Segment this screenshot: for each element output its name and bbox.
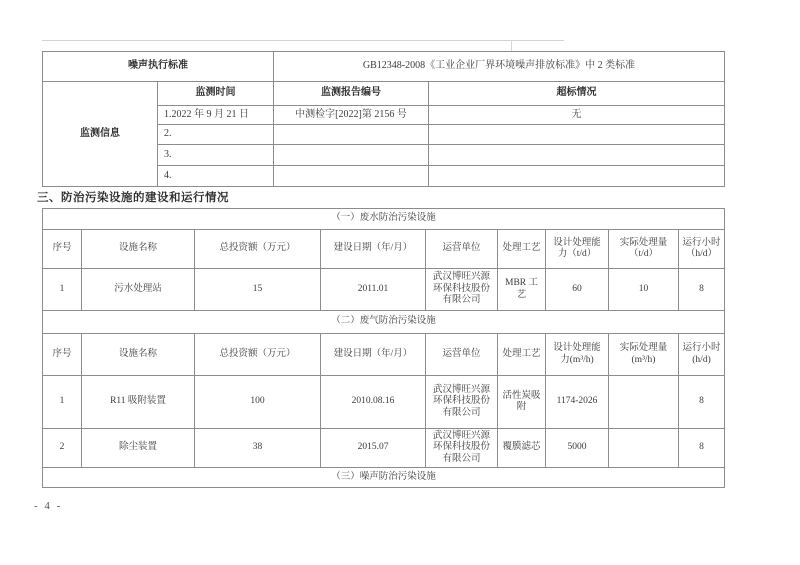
noise-standard-label: 噪声执行标准	[43, 52, 274, 82]
cell-facility-name: R11 吸附装置	[82, 376, 195, 429]
header-seq: 序号	[43, 230, 82, 269]
monitor-time-cell: 2.	[158, 125, 274, 145]
column-header-time: 监测时间	[158, 82, 274, 106]
table-row: 1 污水处理站 15 2011.01 武汉博旺兴源环保科技股份有限公司 MBR …	[43, 269, 725, 311]
cell-investment: 38	[195, 429, 321, 468]
column-header-report-no: 监测报告编号	[274, 82, 429, 106]
cell-build-date: 2015.07	[321, 429, 426, 468]
table-row: 序号 设施名称 总投资额（万元） 建设日期（年/月） 运营单位 处理工艺 设计处…	[43, 230, 725, 269]
cell-actual-amount	[609, 376, 679, 429]
table-row: 噪声执行标准 GB12348-2008《工业企业厂界环境噪声排放标准》中 2 类…	[43, 52, 725, 82]
monitor-time-cell: 3.	[158, 145, 274, 166]
cell-process: 覆膜滤芯	[498, 429, 546, 468]
table-row: 2 除尘装置 38 2015.07 武汉博旺兴源环保科技股份有限公司 覆膜滤芯 …	[43, 429, 725, 468]
header-actual-amount: 实际处理量(m³/h)	[609, 334, 679, 376]
page-number: - 4 -	[34, 500, 62, 512]
cell-process: 活性炭吸附	[498, 376, 546, 429]
scan-artifact-line	[42, 40, 564, 41]
exceed-cell	[429, 125, 725, 145]
cell-process: MBR 工艺	[498, 269, 546, 311]
section-band-noise: （三）噪声防治污染设施	[43, 468, 725, 488]
table-row: （三）噪声防治污染设施	[43, 468, 725, 488]
header-process: 处理工艺	[498, 334, 546, 376]
exceed-cell	[429, 166, 725, 187]
header-facility-name: 设施名称	[82, 334, 195, 376]
cell-build-date: 2010.08.16	[321, 376, 426, 429]
cell-actual-amount: 10	[609, 269, 679, 311]
header-operator: 运营单位	[426, 334, 498, 376]
cell-seq: 1	[43, 269, 82, 311]
table-row: （一）废水防治污染设施	[43, 209, 725, 230]
header-actual-amount: 实际处理量（t/d）	[609, 230, 679, 269]
header-investment: 总投资额（万元）	[195, 334, 321, 376]
cell-investment: 100	[195, 376, 321, 429]
scan-artifact-tick	[511, 40, 512, 51]
exceed-cell	[429, 145, 725, 166]
table-row: 监测信息 监测时间 监测报告编号 超标情况	[43, 82, 725, 106]
section-band-waste-gas: （二）废气防治污染设施	[43, 311, 725, 334]
facilities-table: （一）废水防治污染设施 序号 设施名称 总投资额（万元） 建设日期（年/月） 运…	[42, 208, 725, 488]
column-header-exceed: 超标情况	[429, 82, 725, 106]
header-build-date: 建设日期（年/月）	[321, 334, 426, 376]
cell-facility-name: 除尘装置	[82, 429, 195, 468]
report-no-cell: 中测检字[2022]第 2156 号	[274, 106, 429, 125]
cell-design-capacity: 60	[546, 269, 609, 311]
header-run-hours: 运行小时（h/d）	[679, 230, 725, 269]
header-facility-name: 设施名称	[82, 230, 195, 269]
cell-actual-amount	[609, 429, 679, 468]
cell-operator: 武汉博旺兴源环保科技股份有限公司	[426, 429, 498, 468]
header-design-capacity: 设计处理能力(m³/h)	[546, 334, 609, 376]
report-no-cell	[274, 125, 429, 145]
cell-investment: 15	[195, 269, 321, 311]
monitoring-table: 噪声执行标准 GB12348-2008《工业企业厂界环境噪声排放标准》中 2 类…	[42, 51, 725, 187]
cell-seq: 2	[43, 429, 82, 468]
monitor-time-cell: 1.2022 年 9 月 21 日	[158, 106, 274, 125]
cell-run-hours: 8	[679, 269, 725, 311]
cell-seq: 1	[43, 376, 82, 429]
noise-standard-value: GB12348-2008《工业企业厂界环境噪声排放标准》中 2 类标准	[274, 52, 725, 82]
report-no-cell	[274, 145, 429, 166]
cell-operator: 武汉博旺兴源环保科技股份有限公司	[426, 269, 498, 311]
cell-design-capacity: 1174-2026	[546, 376, 609, 429]
cell-design-capacity: 5000	[546, 429, 609, 468]
report-no-cell	[274, 166, 429, 187]
cell-operator: 武汉博旺兴源环保科技股份有限公司	[426, 376, 498, 429]
header-seq: 序号	[43, 334, 82, 376]
cell-facility-name: 污水处理站	[82, 269, 195, 311]
header-investment: 总投资额（万元）	[195, 230, 321, 269]
section-band-wastewater: （一）废水防治污染设施	[43, 209, 725, 230]
cell-run-hours: 8	[679, 429, 725, 468]
section-heading: 三、防治污染设施的建设和运行情况	[37, 189, 229, 205]
table-row: （二）废气防治污染设施	[43, 311, 725, 334]
header-operator: 运营单位	[426, 230, 498, 269]
monitor-time-cell: 4.	[158, 166, 274, 187]
table-row: 序号 设施名称 总投资额（万元） 建设日期（年/月） 运营单位 处理工艺 设计处…	[43, 334, 725, 376]
header-build-date: 建设日期（年/月）	[321, 230, 426, 269]
cell-build-date: 2011.01	[321, 269, 426, 311]
monitoring-info-label: 监测信息	[43, 82, 158, 187]
header-process: 处理工艺	[498, 230, 546, 269]
exceed-cell: 无	[429, 106, 725, 125]
table-row: 1 R11 吸附装置 100 2010.08.16 武汉博旺兴源环保科技股份有限…	[43, 376, 725, 429]
cell-run-hours: 8	[679, 376, 725, 429]
header-design-capacity: 设计处理能力（t/d）	[546, 230, 609, 269]
document-page: 噪声执行标准 GB12348-2008《工业企业厂界环境噪声排放标准》中 2 类…	[0, 0, 800, 565]
header-run-hours: 运行小时(h/d)	[679, 334, 725, 376]
